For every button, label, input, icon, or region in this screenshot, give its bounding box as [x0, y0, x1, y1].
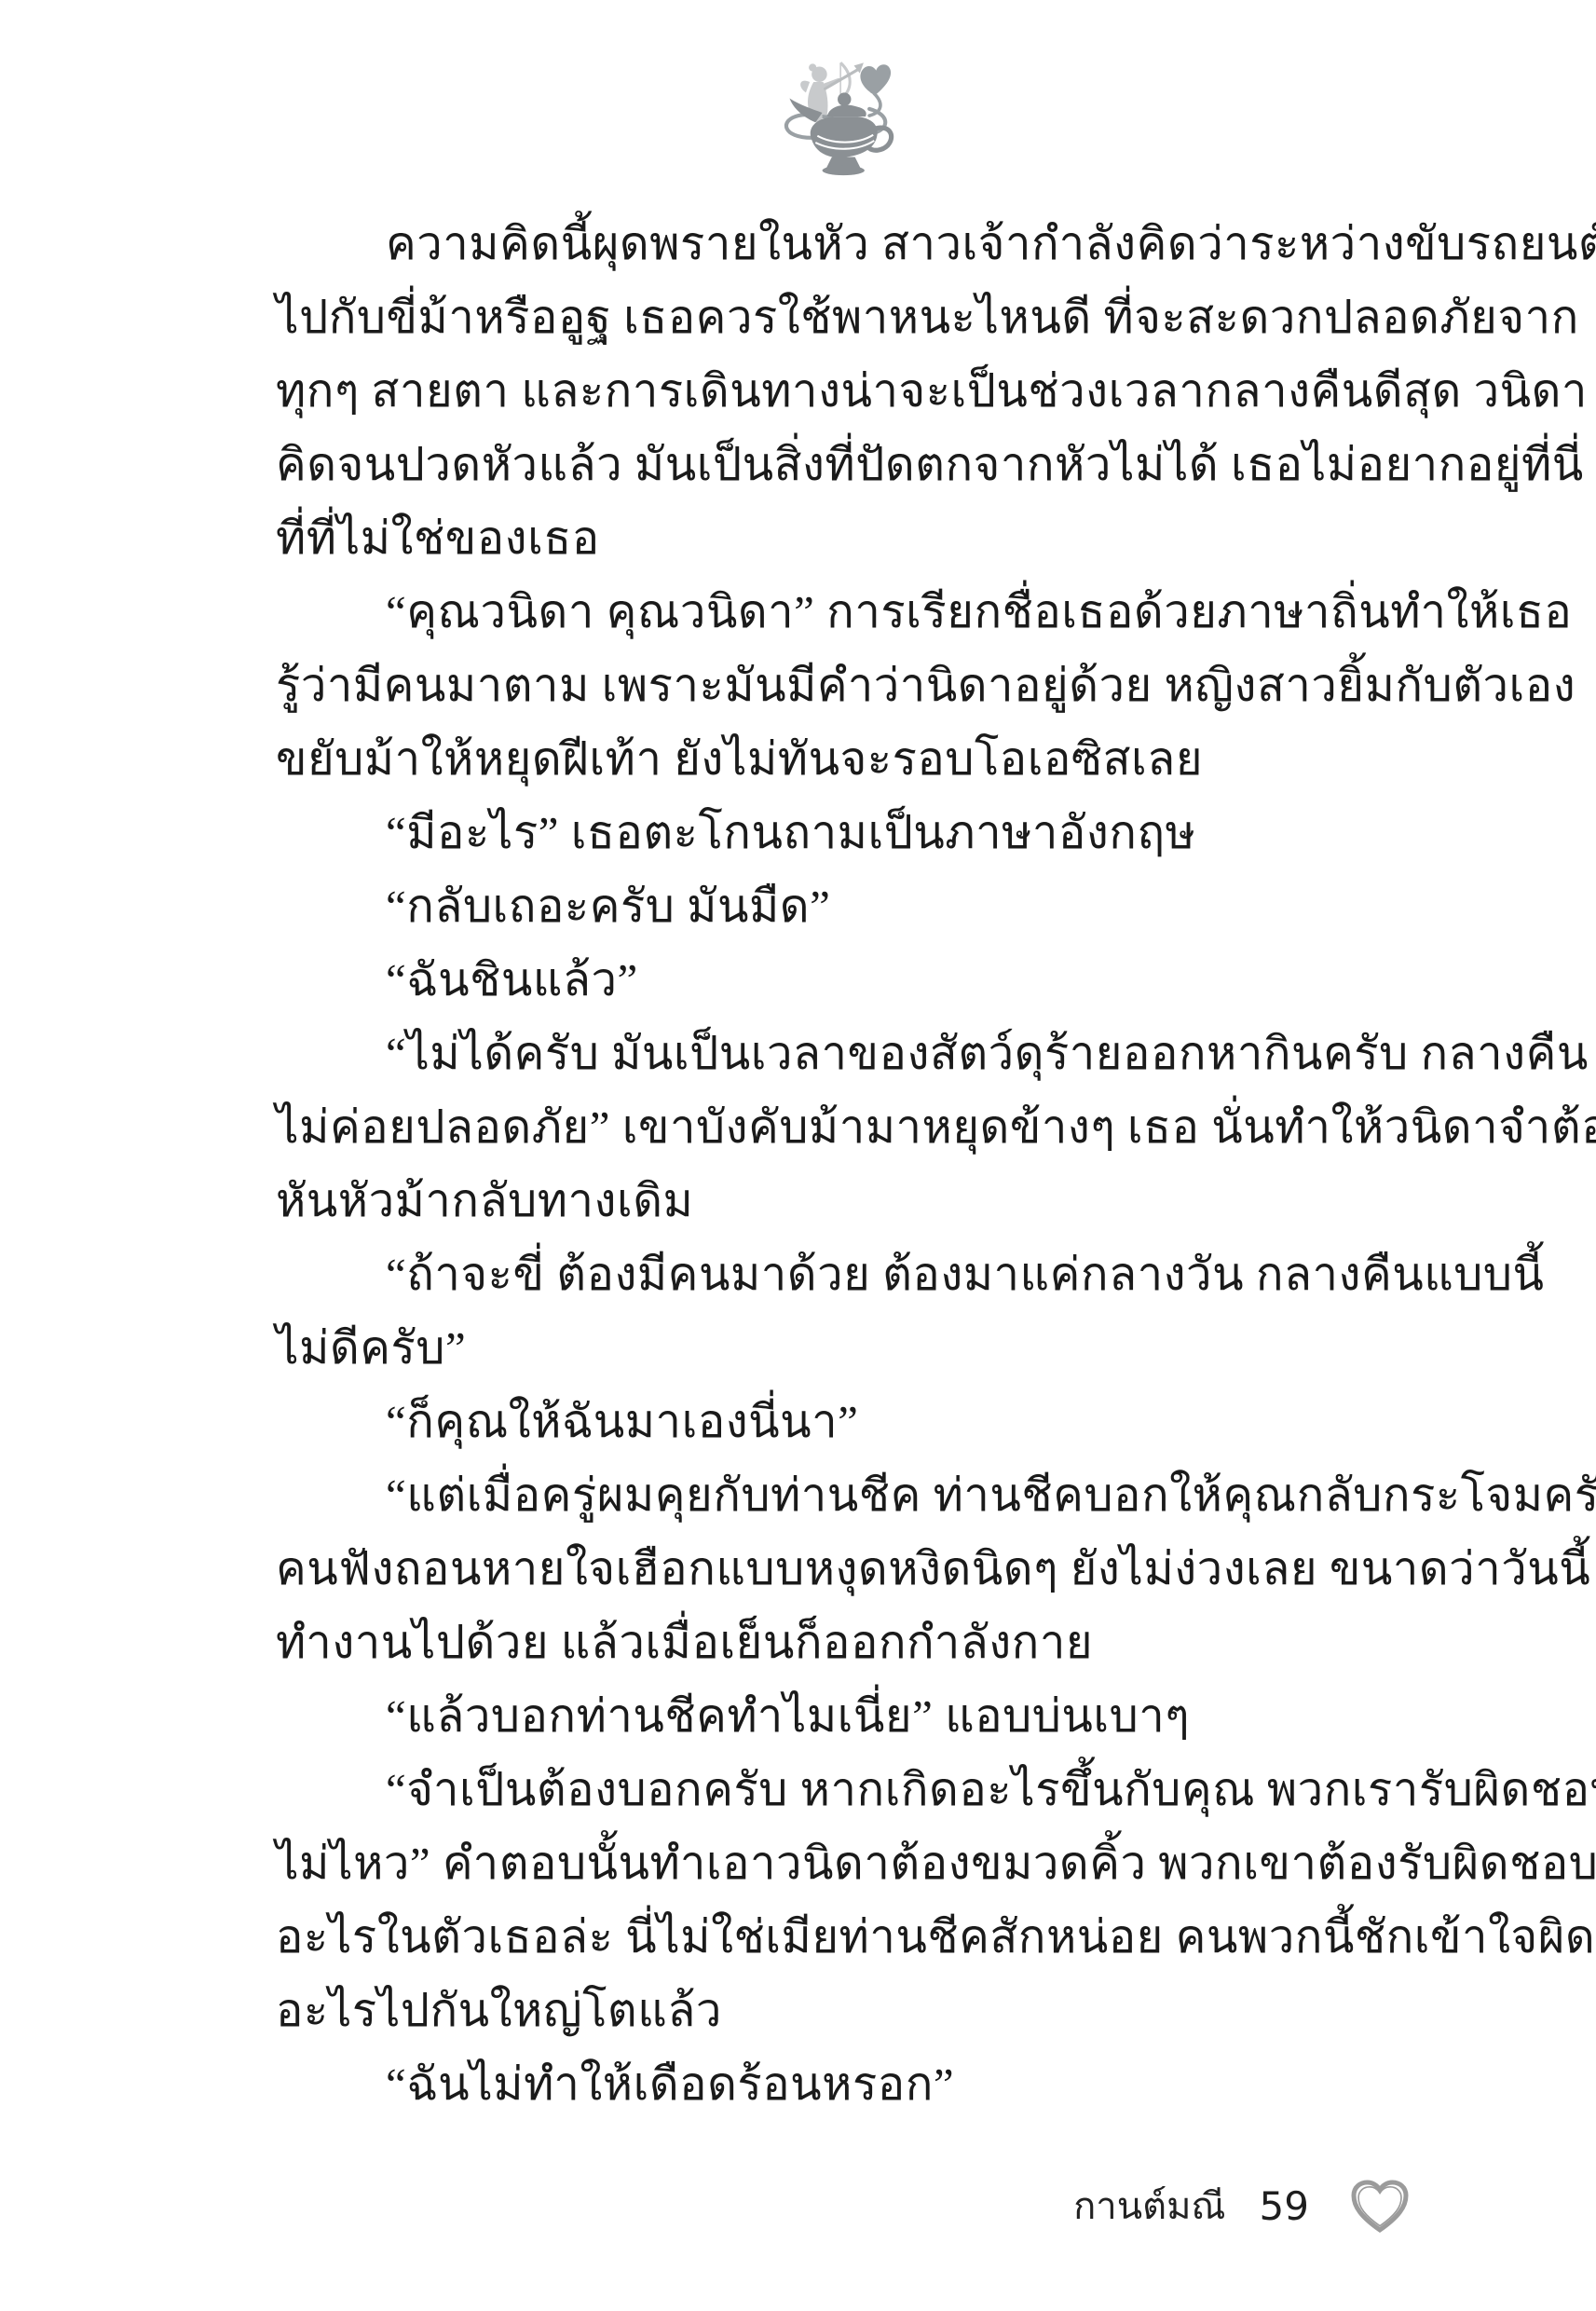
text-line: ขยับม้าให้หยุดฝีเท้า ยังไม่ทันจะรอบโอเอซ…	[276, 722, 1437, 796]
page-number: 59	[1260, 2173, 1309, 2240]
text-line: ความคิดนี้ผุดพรายในหัว สาวเจ้ากำลังคิดว่…	[276, 207, 1437, 280]
text-line: “จำเป็นต้องบอกครับ หากเกิดอะไรขึ้นกับคุณ…	[276, 1753, 1437, 1826]
text-line: ทำงานไปด้วย แล้วเมื่อเย็นก็ออกกำลังกาย	[276, 1606, 1437, 1679]
text-line: ไม่ค่อยปลอดภัย” เขาบังคับม้ามาหยุดข้างๆ …	[276, 1090, 1437, 1164]
text-line: “ฉันชินแล้ว”	[276, 943, 1437, 1017]
text-line: ไปกับขี่ม้าหรืออูฐ เธอควรใช้พาหนะไหนดี ท…	[276, 280, 1437, 354]
text-line: “มีอะไร” เธอตะโกนถามเป็นภาษาอังกฤษ	[276, 796, 1437, 869]
text-line: “ฉันไม่ทำให้เดือดร้อนหรอก”	[276, 2047, 1437, 2121]
text-line: ทุกๆ สายตา และการเดินทางน่าจะเป็นช่วงเวล…	[276, 354, 1437, 428]
page-text: ความคิดนี้ผุดพรายในหัว สาวเจ้ากำลังคิดว่…	[276, 207, 1437, 2121]
text-line: “แต่เมื่อครู่ผมคุยกับท่านชีค ท่านชีคบอกใ…	[276, 1458, 1437, 1532]
cupid-lamp-ornament-icon	[777, 48, 896, 177]
book-page: ความคิดนี้ผุดพรายในหัว สาวเจ้ากำลังคิดว่…	[0, 0, 1596, 2311]
cupid-lamp-svg	[777, 48, 896, 177]
page-footer: กานต์มณี 59	[1073, 2173, 1410, 2240]
text-line: “แล้วบอกท่านชีคทำไมเนี่ย” แอบบ่นเบาๆ	[276, 1679, 1437, 1753]
text-line: หันหัวม้ากลับทางเดิม	[276, 1164, 1437, 1238]
text-line: อะไรในตัวเธอล่ะ นี่ไม่ใช่เมียท่านชีคสักห…	[276, 1900, 1437, 1974]
text-line: “คุณวนิดา คุณวนิดา” การเรียกชื่อเธอด้วยภ…	[276, 575, 1437, 649]
text-line: อะไรไปกันใหญ่โตแล้ว	[276, 1974, 1437, 2047]
text-line: “ไม่ได้ครับ มันเป็นเวลาของสัตว์ดุร้ายออก…	[276, 1017, 1437, 1090]
text-line: “ถ้าจะขี่ ต้องมีคนมาด้วย ต้องมาแค่กลางวั…	[276, 1238, 1437, 1311]
text-line: ไม่ดีครับ”	[276, 1311, 1437, 1385]
text-line: คนฟังถอนหายใจเฮือกแบบหงุดหงิดนิดๆ ยังไม่…	[276, 1532, 1437, 1606]
text-line: ที่ที่ไม่ใช่ของเธอ	[276, 501, 1437, 575]
text-line: คิดจนปวดหัวแล้ว มันเป็นสิ่งที่ปัดตกจากหั…	[276, 428, 1437, 501]
text-line: “กลับเถอะครับ มันมืด”	[276, 869, 1437, 943]
text-line: รู้ว่ามีคนมาตาม เพราะมันมีคำว่านิดาอยู่ด…	[276, 649, 1437, 722]
heart-icon	[1350, 2179, 1410, 2235]
text-line: ไม่ไหว” คำตอบนั้นทำเอาวนิดาต้องขมวดคิ้ว …	[276, 1826, 1437, 1900]
book-title: กานต์มณี	[1073, 2173, 1225, 2240]
text-line: “ก็คุณให้ฉันมาเองนี่นา”	[276, 1385, 1437, 1458]
